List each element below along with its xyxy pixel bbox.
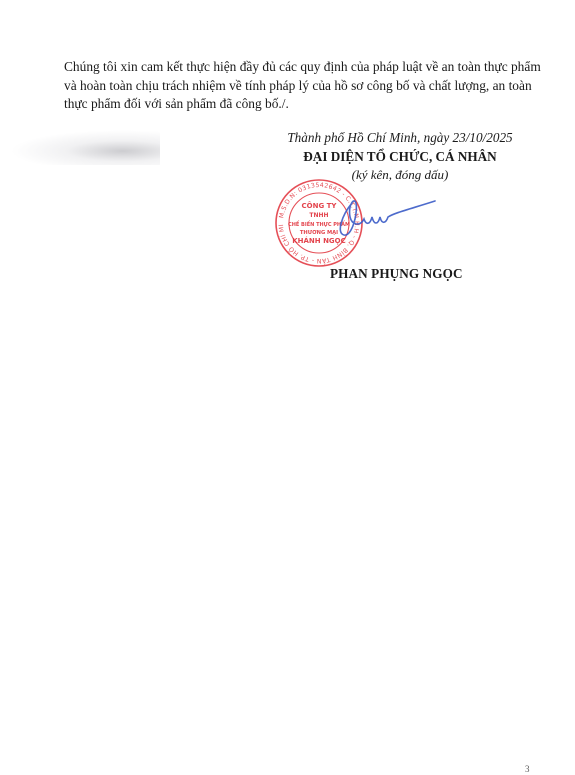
scan-smudge [10, 130, 160, 165]
paragraph-line: Chúng tôi xin cam kết thực hiện đầy đủ c… [64, 58, 544, 77]
page-number: 3 [525, 764, 530, 774]
signer-name: PHAN PHỤNG NGỌC [330, 266, 463, 282]
paragraph-line: và hoàn toàn chịu trách nhiệm về tính ph… [64, 77, 544, 96]
commitment-paragraph: Chúng tôi xin cam kết thực hiện đầy đủ c… [64, 58, 544, 114]
signature-block: Thành phố Hồ Chí Minh, ngày 23/10/2025 Đ… [270, 129, 530, 184]
org-representative-title: ĐẠI DIỆN TỔ CHỨC, CÁ NHÂN [270, 147, 530, 166]
paragraph-line: thực phẩm đối với sản phẩm đã công bố./. [64, 95, 544, 114]
place-date: Thành phố Hồ Chí Minh, ngày 23/10/2025 [270, 129, 530, 147]
handwritten-signature [330, 195, 440, 240]
stamp-line: TNHH [309, 212, 328, 219]
